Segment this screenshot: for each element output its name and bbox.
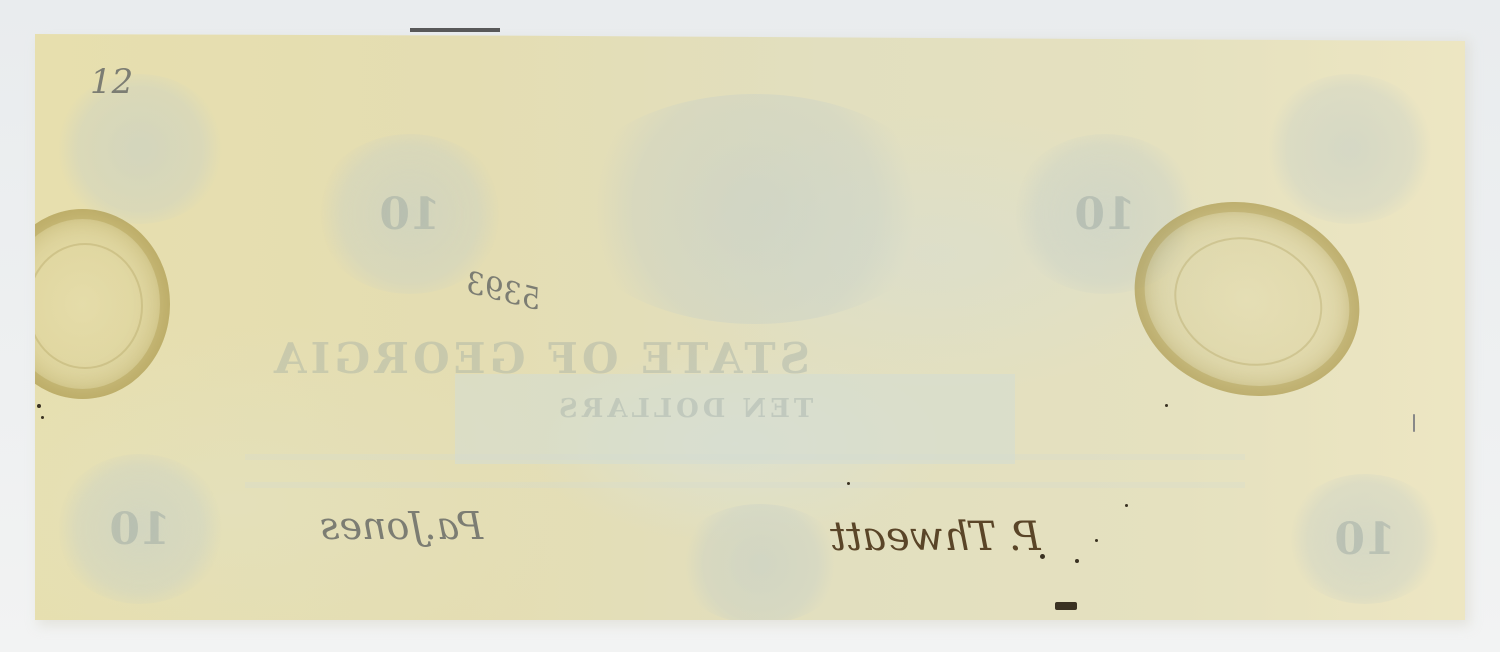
corner-number: 12 [90,62,133,102]
ghost-rosette-bottom-right: 10 [1285,474,1445,604]
ink-speck [1413,414,1415,432]
ink-speck [1040,554,1045,559]
ghost-subheader-text: TEN DOLLARS [555,394,813,424]
seal-left [35,209,170,399]
ink-speck [1055,602,1077,610]
ghost-vignette-bottom [675,504,845,620]
signature-right-mirrored: P. Thweatt [830,514,1041,560]
signature-left-mirrored: Pa.Jones [320,504,483,548]
ghost-rosette-top-left [55,74,225,224]
banknote-reverse: 10 10 10 10 STATE OF GEORGIA TEN DOLLARS… [35,34,1465,620]
ghost-line-1 [245,454,1245,460]
ink-speck [1125,504,1128,507]
ink-speck [37,404,41,408]
ink-speck [1075,559,1079,563]
ink-speck [847,482,850,485]
ghost-rosette-top-right [1265,74,1435,224]
ghost-line-2 [245,482,1245,488]
ink-speck [1165,404,1168,407]
ghost-vignette-center [565,94,945,324]
serial-number-mirrored: 5393 [462,265,545,317]
seal-right-inner-ring [1158,219,1339,385]
ghost-rosette-bottom-left: 10 [55,454,225,604]
seal-left-inner-ring [35,243,143,369]
ink-speck [1095,539,1098,542]
edge-mark [410,28,500,32]
ink-speck [41,416,44,419]
